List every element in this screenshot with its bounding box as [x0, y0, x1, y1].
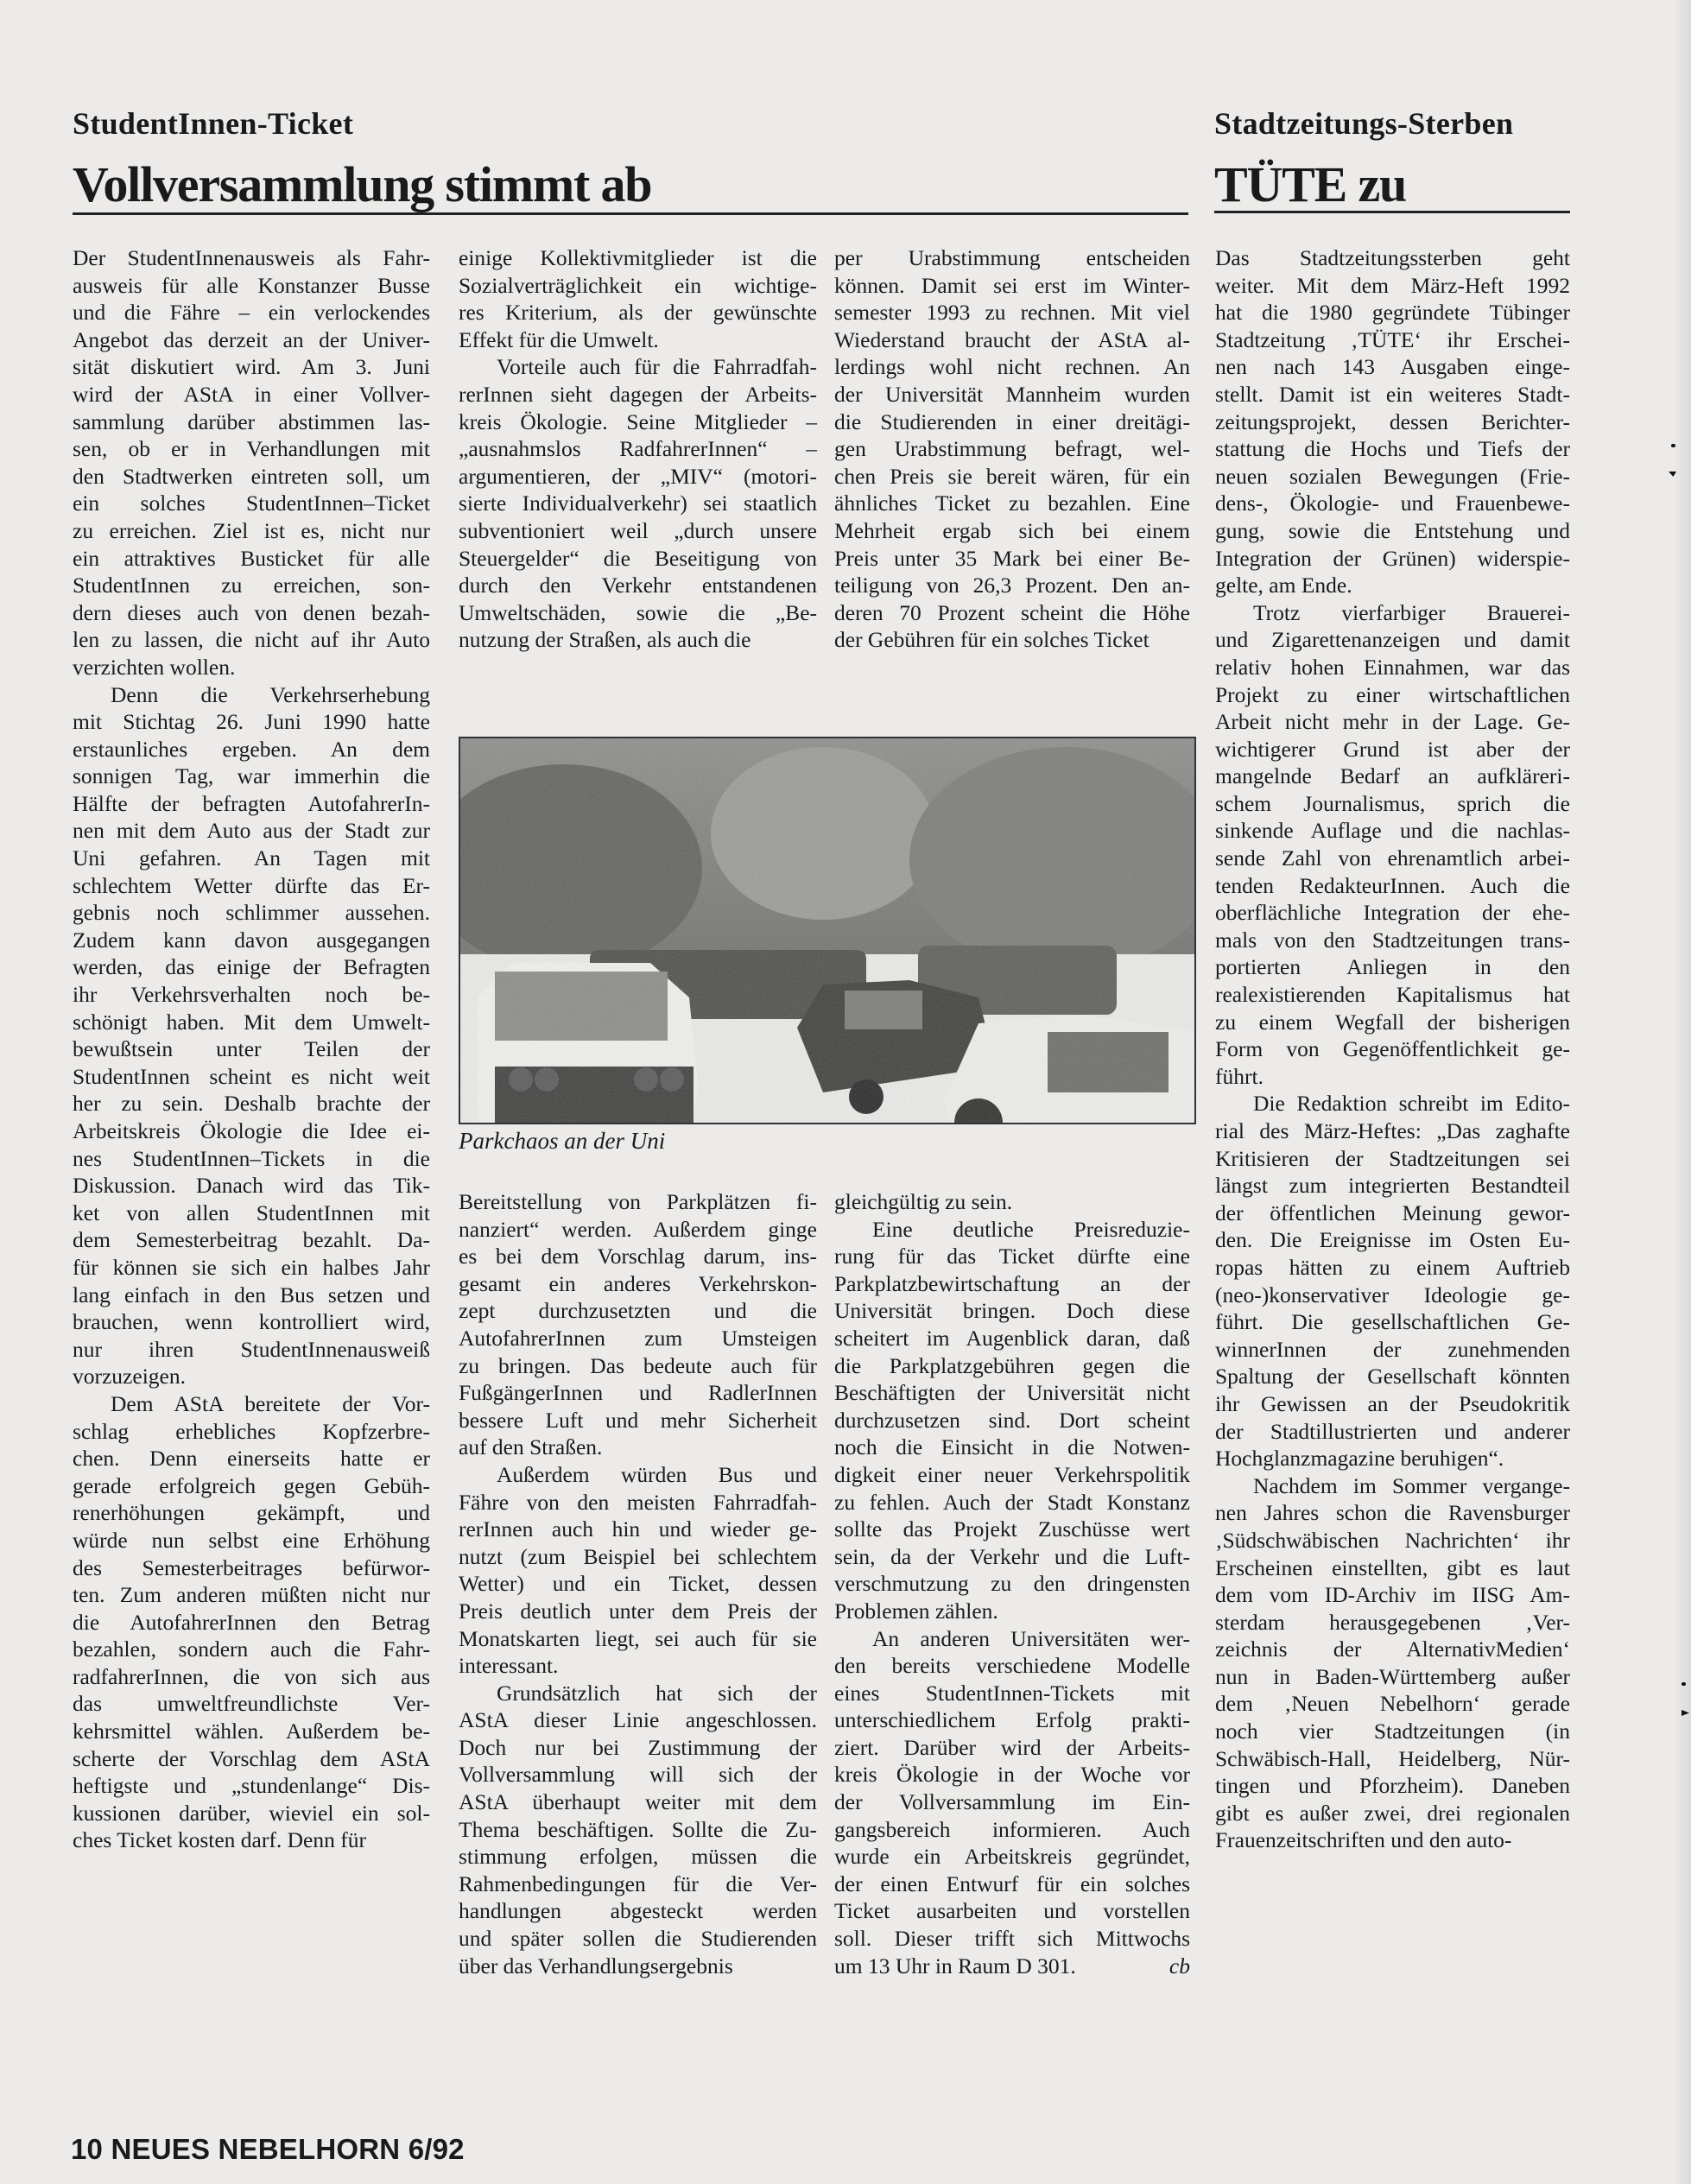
text-line: bezahlen, sondern auch die Fahr- [73, 1636, 430, 1663]
text-line: chen Preis sie bereit wären, für ein [834, 463, 1190, 491]
text-line: stellt. Damit ist ein weiteres Stadt- [1215, 381, 1570, 408]
left-article-rule [73, 212, 1188, 215]
text-line: lang einfach in den Bus setzen und [73, 1282, 430, 1309]
left-article-column-1: Der StudentInnenausweis als Fahr-ausweis… [73, 244, 430, 1854]
text-line: zeitungsprojekt, dessen Berichter- [1215, 408, 1570, 436]
text-line: schlechtem Wetter dürfte das Er- [73, 872, 430, 900]
paragraph: Denn die Verkehrserhebungmit Stichtag 26… [73, 681, 430, 1390]
text-line: noch die Einsicht in die Notwen- [834, 1434, 1190, 1461]
text-line: Universität bringen. Doch diese [834, 1297, 1190, 1325]
text-line: gangsbereich informieren. Auch [834, 1816, 1190, 1844]
text-line: Denn die Verkehrserhebung [73, 681, 430, 709]
text-line: sierte Individualverkehr) sei staatlich [459, 490, 817, 517]
text-line: schönigt haben. Mit dem Umwelt- [73, 1009, 430, 1036]
text-line: werden, das einige der Befragten [73, 953, 430, 981]
text-line: Form von Gegenöffentlichkeit ge- [1215, 1035, 1570, 1063]
text-line: Umweltschäden, sowie die „Be- [459, 599, 817, 627]
text-line: können. Damit sei erst im Winter- [834, 272, 1190, 300]
text-line: argumentieren, der „MIV“ (motori- [459, 463, 817, 491]
text-line: die Studierenden in einer dreitägi- [834, 408, 1190, 436]
text-line: verzichten wollen. [73, 654, 430, 681]
text-line: Trotz vierfarbiger Brauerei- [1215, 599, 1570, 627]
text-line: soll. Dieser trifft sich Mittwochs [834, 1925, 1190, 1953]
left-article-headline: Vollversammlung stimmt ab [73, 155, 651, 213]
text-line: Die Redaktion schreibt im Edito- [1215, 1090, 1570, 1117]
text-line: sende Zahl von ehrenamtlich arbei- [1215, 845, 1570, 872]
text-line: ten. Zum anderen müßten nicht nur [73, 1581, 430, 1609]
text-line: Effekt für die Umwelt. [459, 326, 817, 354]
text-line: rerInnen auch hin und wieder ge- [459, 1516, 817, 1543]
text-line: dens-, Ökologie- und Frauenbewe- [1215, 490, 1570, 517]
text-line: deren 70 Prozent scheint die Höhe [834, 599, 1190, 627]
author-signature: cb [1169, 1953, 1190, 1980]
text-line: realexistierenden Kapitalismus hat [1215, 981, 1570, 1009]
text-line: ket von allen StudentInnen mit [73, 1200, 430, 1227]
text-line: zu fehlen. Auch der Stadt Konstanz [834, 1489, 1190, 1516]
paragraph: Trotz vierfarbiger Brauerei-und Zigarett… [1215, 599, 1570, 1091]
text-line: unterschiedlichem Erfolg prakti- [834, 1706, 1190, 1734]
text-line: kehrsmittel wählen. Außerdem be- [73, 1718, 430, 1745]
text-line: der einen Entwurf für ein solches [834, 1871, 1190, 1898]
text-line: sonnigen Tag, war immerhin die [73, 763, 430, 790]
text-line: bessere Luft und mehr Sicherheit [459, 1407, 817, 1434]
paragraph: Das Stadtzeitungssterben gehtweiter. Mit… [1215, 244, 1570, 599]
text-line: FußgängerInnen und RadlerInnen [459, 1379, 817, 1407]
text-line: ausweis für alle Konstanzer Busse [73, 272, 430, 300]
text-line: An anderen Universitäten wer- [834, 1625, 1190, 1653]
text-line: Rahmenbedingungen für die Ver- [459, 1871, 817, 1898]
text-line: nanziert“ werden. Außerdem ginge [459, 1216, 817, 1244]
text-line: Zudem kann davon ausgegangen [73, 927, 430, 954]
text-line: Der StudentInnenausweis als Fahr- [73, 244, 430, 272]
page-edge-shadow [1675, 0, 1691, 2184]
text-line: Parkplatzbewirtschaftung an der [834, 1270, 1190, 1298]
text-line: Integration der Grünen) widerspie- [1215, 545, 1570, 573]
text-line: weiter. Mit dem März-Heft 1992 [1215, 272, 1570, 300]
text-line: len zu lassen, die nicht auf ihr Auto [73, 626, 430, 654]
text-line: gung, sowie die Entstehung und [1215, 517, 1570, 545]
paragraph: Dem AStA bereitete der Vor-schlag erhebl… [73, 1390, 430, 1854]
paragraph: Grundsätzlich hat sich derAStA dieser Li… [459, 1680, 817, 1980]
text-line: sität diskutiert wird. Am 3. Juni [73, 353, 430, 381]
text-line: interessant. [459, 1652, 817, 1680]
paragraph: Außerdem würden Bus undFähre von den mei… [459, 1461, 817, 1680]
text-line: Preis unter 35 Mark bei einer Be- [834, 545, 1190, 573]
text-line: einige Kollektivmitglieder ist die [459, 244, 817, 272]
text-line: Angebot das derzeit an der Univer- [73, 326, 430, 354]
text-line: ein solches StudentInnen–Ticket [73, 490, 430, 517]
text-line: mals von den Stadtzeitungen trans- [1215, 927, 1570, 954]
text-line: führt. Die gesellschaftlichen Ge- [1215, 1308, 1570, 1336]
text-line: Steuergelder“ die Beseitigung von [459, 545, 817, 573]
text-line: ihr Verkehrsverhalten noch be- [73, 981, 430, 1009]
text-line: und die Fähre – ein verlockendes [73, 299, 430, 326]
text-line: renerhöhungen gekämpft, und [73, 1499, 430, 1527]
parking-lot-photo [459, 737, 1196, 1124]
text-line: noch vier Stadtzeitungen (in [1215, 1718, 1570, 1745]
text-line: ihr Gewissen an der Pseudokritik [1215, 1390, 1570, 1418]
text-line: Frauenzeitschriften und den auto- [1215, 1826, 1570, 1854]
text-line: nes StudentInnen–Tickets in die [73, 1145, 430, 1173]
text-line: Monatskarten liegt, sei auch für sie [459, 1625, 817, 1653]
right-article-rule [1214, 211, 1570, 213]
text-line: rerInnen sieht dagegen der Arbeits- [459, 381, 817, 408]
text-line: das umweltfreundlichste Ver- [73, 1690, 430, 1718]
text-line: Wiederstand braucht der AStA al- [834, 326, 1190, 354]
text-line: zept durchzusetzten und die [459, 1297, 817, 1325]
text-line: Hälfte der befragten AutofahrerIn- [73, 790, 430, 818]
text-line: Eine deutliche Preisreduzie- [834, 1216, 1190, 1244]
text-line: Mehrheit ergab sich bei einem [834, 517, 1190, 545]
scan-mark-dot [1671, 444, 1675, 447]
paragraph: An anderen Universitäten wer-den bereits… [834, 1625, 1190, 1980]
text-line: Preis deutlich unter dem Preis der [459, 1598, 817, 1625]
text-line: gen Urabstimmung befragt, wel- [834, 435, 1190, 463]
text-line: Erscheinen einstellten, gibt es laut [1215, 1554, 1570, 1582]
text-line: rung für das Ticket dürfte eine [834, 1243, 1190, 1270]
text-line: dem Semesterbeitrag bezahlt. Da- [73, 1226, 430, 1254]
text-line: um 13 Uhr in Raum D 301.cb [834, 1953, 1190, 1980]
text-line: ropas hätten zu einem Auftrieb [1215, 1254, 1570, 1282]
text-line: Projekt zu einer wirtschaftlichen [1215, 681, 1570, 709]
parking-lot-image-icon [460, 738, 1196, 1124]
text-line: dem ‚Neuen Nebelhorn‘ gerade [1215, 1690, 1570, 1718]
paragraph: Die Redaktion schreibt im Edito-rial des… [1215, 1090, 1570, 1472]
text-line: StudentInnen zu erreichen, son- [73, 572, 430, 599]
text-line: verschmutzung zu den dringensten [834, 1570, 1190, 1598]
text-line: Spaltung der Gesellschaft könnten [1215, 1363, 1570, 1390]
text-line: Arbeitskreis Ökologie die Idee ei- [73, 1117, 430, 1145]
text-line: her zu sein. Deshalb brachte der [73, 1090, 430, 1117]
text-line: neuen sozialen Bewegungen (Frie- [1215, 463, 1570, 491]
text-line: den Stadtwerken eintreten soll, um [73, 463, 430, 491]
text-line: ähnliches Ticket zu bezahlen. Eine [834, 490, 1190, 517]
text-line: dem vom ID-Archiv im IISG Am- [1215, 1581, 1570, 1609]
text-line: Beschäftigten der Universität nicht [834, 1379, 1190, 1407]
text-line: teiligung von 26,3 Prozent. Den an- [834, 572, 1190, 599]
text-line: scheitert im Augenblick daran, daß [834, 1325, 1190, 1352]
text-line: AStA überhaupt weiter mit dem [459, 1788, 817, 1816]
text-line: bewußtsein unter Teilen der [73, 1035, 430, 1063]
text-line: der öffentlichen Meinung gewor- [1215, 1200, 1570, 1227]
text-line: StudentInnen scheint es nicht weit [73, 1063, 430, 1091]
text-line: schlag erhebliches Kopfzerbre- [73, 1418, 430, 1446]
text-line: auf den Straßen. [459, 1434, 817, 1461]
text-line: portierten Anliegen in den [1215, 953, 1570, 981]
text-line: scherte der Vorschlag dem AStA [73, 1745, 430, 1773]
text-line: Schwäbisch-Hall, Heidelberg, Nür- [1215, 1745, 1570, 1773]
paragraph: Vorteile auch für die Fahrradfah-rerInne… [459, 353, 817, 654]
text-line: und Zigarettenanzeigen und damit [1215, 626, 1570, 654]
text-line: Diskussion. Danach wird das Tik- [73, 1172, 430, 1200]
text-line: gerade erfolgreich gegen Gebüh- [73, 1472, 430, 1500]
text-line: Kritisieren der Stadtzeitungen sei [1215, 1145, 1570, 1173]
left-article-column-2-top: einige Kollektivmitglieder ist dieSozial… [459, 244, 817, 654]
text-line: Arbeit nicht mehr in der Lage. Ge- [1215, 708, 1570, 736]
text-line: nen nach 143 Ausgaben einge- [1215, 353, 1570, 381]
text-line: Ticket ausarbeiten und vorstellen [834, 1897, 1190, 1925]
text-line: Problemen zählen. [834, 1598, 1190, 1625]
text-line: erstaunliches ergeben. An dem [73, 736, 430, 763]
text-line: rial des März-Heftes: „Das zaghafte [1215, 1117, 1570, 1145]
text-line: die AutofahrerInnen den Betrag [73, 1609, 430, 1636]
text-line: Dem AStA bereitete der Vor- [73, 1390, 430, 1418]
text-line: durch den Verkehr entstandenen [459, 572, 817, 599]
text-line: der Vollversammlung im Ein- [834, 1788, 1190, 1816]
text-line: Uni gefahren. An Tagen mit [73, 845, 430, 872]
text-line: gleichgültig zu sein. [834, 1188, 1190, 1216]
text-line: hat die 1980 gegründete Tübinger [1215, 299, 1570, 326]
text-line: sein, da der Verkehr und die Luft- [834, 1543, 1190, 1571]
text-line: brauchen, wenn kontrolliert wird, [73, 1308, 430, 1336]
text-line: würde nun selbst eine Erhöhung [73, 1527, 430, 1554]
text-line: längst zum integrierten Bestandteil [1215, 1172, 1570, 1200]
text-line: ziert. Darüber wird der Arbeits- [834, 1734, 1190, 1762]
text-line: nutzung der Straßen, als auch die [459, 626, 817, 654]
text-line: es bei dem Vorschlag darum, ins- [459, 1243, 817, 1270]
text-line: sammlung darüber abstimmen las- [73, 408, 430, 436]
left-article-kicker: StudentInnen-Ticket [73, 105, 353, 142]
text-line: winnerInnen der zunehmenden [1215, 1336, 1570, 1364]
text-line: Nachdem im Sommer vergange- [1215, 1472, 1570, 1500]
paragraph: per Urabstimmung entscheidenkönnen. Dami… [834, 244, 1190, 654]
text-line: zu einem Wegfall der bisherigen [1215, 1009, 1570, 1036]
text-line: den bereits verschiedene Modelle [834, 1652, 1190, 1680]
text-line: zu erreichen. Ziel ist es, nicht nur [73, 517, 430, 545]
text-line: Thema beschäftigen. Sollte die Zu- [459, 1816, 817, 1844]
text-line: semester 1993 zu rechnen. Mit viel [834, 299, 1190, 326]
paragraph: einige Kollektivmitglieder ist dieSozial… [459, 244, 817, 353]
text-line: nur ihren StudentInnenausweiß [73, 1336, 430, 1364]
page-footer: 10 NEUES NEBELHORN 6/92 [71, 2133, 465, 2166]
text-line: stimmung erfolgen, müssen die [459, 1843, 817, 1871]
text-line: Das Stadtzeitungssterben geht [1215, 244, 1570, 272]
text-line: Sozialverträglichkeit ein wichtige- [459, 272, 817, 300]
text-line: und später sollen die Studierenden [459, 1925, 817, 1953]
text-line: AStA dieser Linie angeschlossen. [459, 1706, 817, 1734]
text-line: kussionen darüber, wieviel ein sol- [73, 1800, 430, 1827]
paragraph: gleichgültig zu sein. [834, 1188, 1190, 1216]
text-line: per Urabstimmung entscheiden [834, 244, 1190, 272]
text-line: nen Jahres schon die Ravensburger [1215, 1499, 1570, 1527]
text-line: heftigste und „stundenlange“ Dis- [73, 1772, 430, 1800]
text-line: sinkende Auflage und die nachlas- [1215, 817, 1570, 845]
text-line: kreis Ökologie. Seine Mitglieder – [459, 408, 817, 436]
text-line: Wetter) und ein Ticket, dessen [459, 1570, 817, 1598]
text-line: ‚Südschwäbischen Nachrichten‘ ihr [1215, 1527, 1570, 1554]
text-line: lerdings wohl nicht rechnen. An [834, 353, 1190, 381]
text-line: eines StudentInnen-Tickets mit [834, 1680, 1190, 1707]
text-line: kreis Ökologie in der Woche vor [834, 1761, 1190, 1788]
text-line: relativ hohen Einnahmen, war das [1215, 654, 1570, 681]
text-line: führt. [1215, 1063, 1570, 1091]
text-line: durchzusetzen sind. Dort scheint [834, 1407, 1190, 1434]
scan-mark-dot [1681, 1682, 1686, 1686]
text-line: „ausnahmslos RadfahrerInnen“ – [459, 435, 817, 463]
text-line: Vorteile auch für die Fahrradfah- [459, 353, 817, 381]
text-line: schem Journalismus, sprich die [1215, 790, 1570, 818]
paragraph: Eine deutliche Preisreduzie-rung für das… [834, 1216, 1190, 1625]
text-line: res Kriterium, als der gewünschte [459, 299, 817, 326]
text-line: des Semesterbeitrages befürwor- [73, 1554, 430, 1582]
text-line: chen. Denn einerseits hatte er [73, 1445, 430, 1472]
text-line: ches Ticket kosten darf. Denn für [73, 1826, 430, 1854]
text-line: nutzt (zum Beispiel bei schlechtem [459, 1543, 817, 1571]
text-line: subventioniert weil „durch unsere [459, 517, 817, 545]
text-line: Bereitstellung von Parkplätzen fi- [459, 1188, 817, 1216]
text-line: wird der AStA in einer Vollver- [73, 381, 430, 408]
text-line: Außerdem würden Bus und [459, 1461, 817, 1489]
text-line: sen, ob er in Verhandlungen mit [73, 435, 430, 463]
text-line: stattung die Hochs und Tiefs der [1215, 435, 1570, 463]
left-article-column-2-bottom: Bereitstellung von Parkplätzen fi-nanzie… [459, 1188, 817, 1979]
text-line: Fähre von den meisten Fahrradfah- [459, 1489, 817, 1516]
text-line: gibt es außer zwei, drei regionalen [1215, 1800, 1570, 1827]
text-line: radfahrerInnen, die von sich aus [73, 1663, 430, 1691]
text-line: sollte das Projekt Zuschüsse wert [834, 1516, 1190, 1543]
text-line: wurde ein Arbeitskreis gegründet, [834, 1843, 1190, 1871]
paragraph: Der StudentInnenausweis als Fahr-ausweis… [73, 244, 430, 681]
text-line: nun in Baden-Württemberg außer [1215, 1663, 1570, 1691]
text-line: mit Stichtag 26. Juni 1990 hatte [73, 708, 430, 736]
photo-caption: Parkchaos an der Uni [459, 1128, 665, 1155]
text-line: nen mit dem Auto aus der Stadt zur [73, 817, 430, 845]
text-line: zu bringen. Das bedeute auch für [459, 1352, 817, 1380]
text-line: tenden RedakteurInnen. Auch die [1215, 872, 1570, 900]
text-line: den. Die Ereignisse im Osten Eu- [1215, 1226, 1570, 1254]
right-article-kicker: Stadtzeitungs-Sterben [1214, 105, 1513, 142]
text-line: AutofahrerInnen zum Umsteigen [459, 1325, 817, 1352]
text-line: der Universität Mannheim wurden [834, 381, 1190, 408]
text-line: oberflächliche Integration der ehe- [1215, 899, 1570, 927]
paragraph: Nachdem im Sommer vergange-nen Jahres sc… [1215, 1472, 1570, 1854]
text-line: handlungen abgesteckt werden [459, 1897, 817, 1925]
text-line: (neo-)konservativer Ideologie ge- [1215, 1282, 1570, 1309]
left-article-column-3-top: per Urabstimmung entscheidenkönnen. Dami… [834, 244, 1190, 654]
text-line: tingen und Pforzheim). Daneben [1215, 1772, 1570, 1800]
text-line: Grundsätzlich hat sich der [459, 1680, 817, 1707]
text-line: der Gebühren für ein solches Ticket [834, 626, 1190, 654]
left-article-column-3-bottom: gleichgültig zu sein.Eine deutliche Prei… [834, 1188, 1190, 1979]
text-line: gebnis noch schlimmer aussehen. [73, 899, 430, 927]
text-line: digkeit einer neuer Verkehrspolitik [834, 1461, 1190, 1489]
text-line: Doch nur bei Zustimmung der [459, 1734, 817, 1762]
text-line: für können sie sich ein halbes Jahr [73, 1254, 430, 1282]
text-line: gesamt ein anderes Verkehrskon- [459, 1270, 817, 1298]
text-line: Vollversammlung will sich der [459, 1761, 817, 1788]
text-line: Stadtzeitung ‚TÜTE‘ ihr Erschei- [1215, 326, 1570, 354]
text-line: zeichnis der AlternativMedien‘ [1215, 1636, 1570, 1663]
text-line: mangelnde Bedarf an aufkläreri- [1215, 763, 1570, 790]
text-line: der Stadtillustrierten und anderer [1215, 1418, 1570, 1446]
text-line: wichtigerer Grund ist aber der [1215, 736, 1570, 763]
text-line: über das Verhandlungsergebnis [459, 1953, 817, 1980]
right-article-headline: TÜTE zu [1214, 155, 1406, 213]
text-line: Hochglanzmagazine beruhigen“. [1215, 1445, 1570, 1472]
paragraph: Bereitstellung von Parkplätzen fi-nanzie… [459, 1188, 817, 1461]
text-line: vorzuzeigen. [73, 1363, 430, 1390]
text-line: gelte, am Ende. [1215, 572, 1570, 599]
text-line: dern dieses auch von denen bezah- [73, 599, 430, 627]
text-line: sterdam herausgegebenen ‚Ver- [1215, 1609, 1570, 1636]
text-line: die Parkplatzgebühren gegen die [834, 1352, 1190, 1380]
text-line: ein attraktives Busticket für alle [73, 545, 430, 573]
right-article-column: Das Stadtzeitungssterben gehtweiter. Mit… [1215, 244, 1570, 1854]
